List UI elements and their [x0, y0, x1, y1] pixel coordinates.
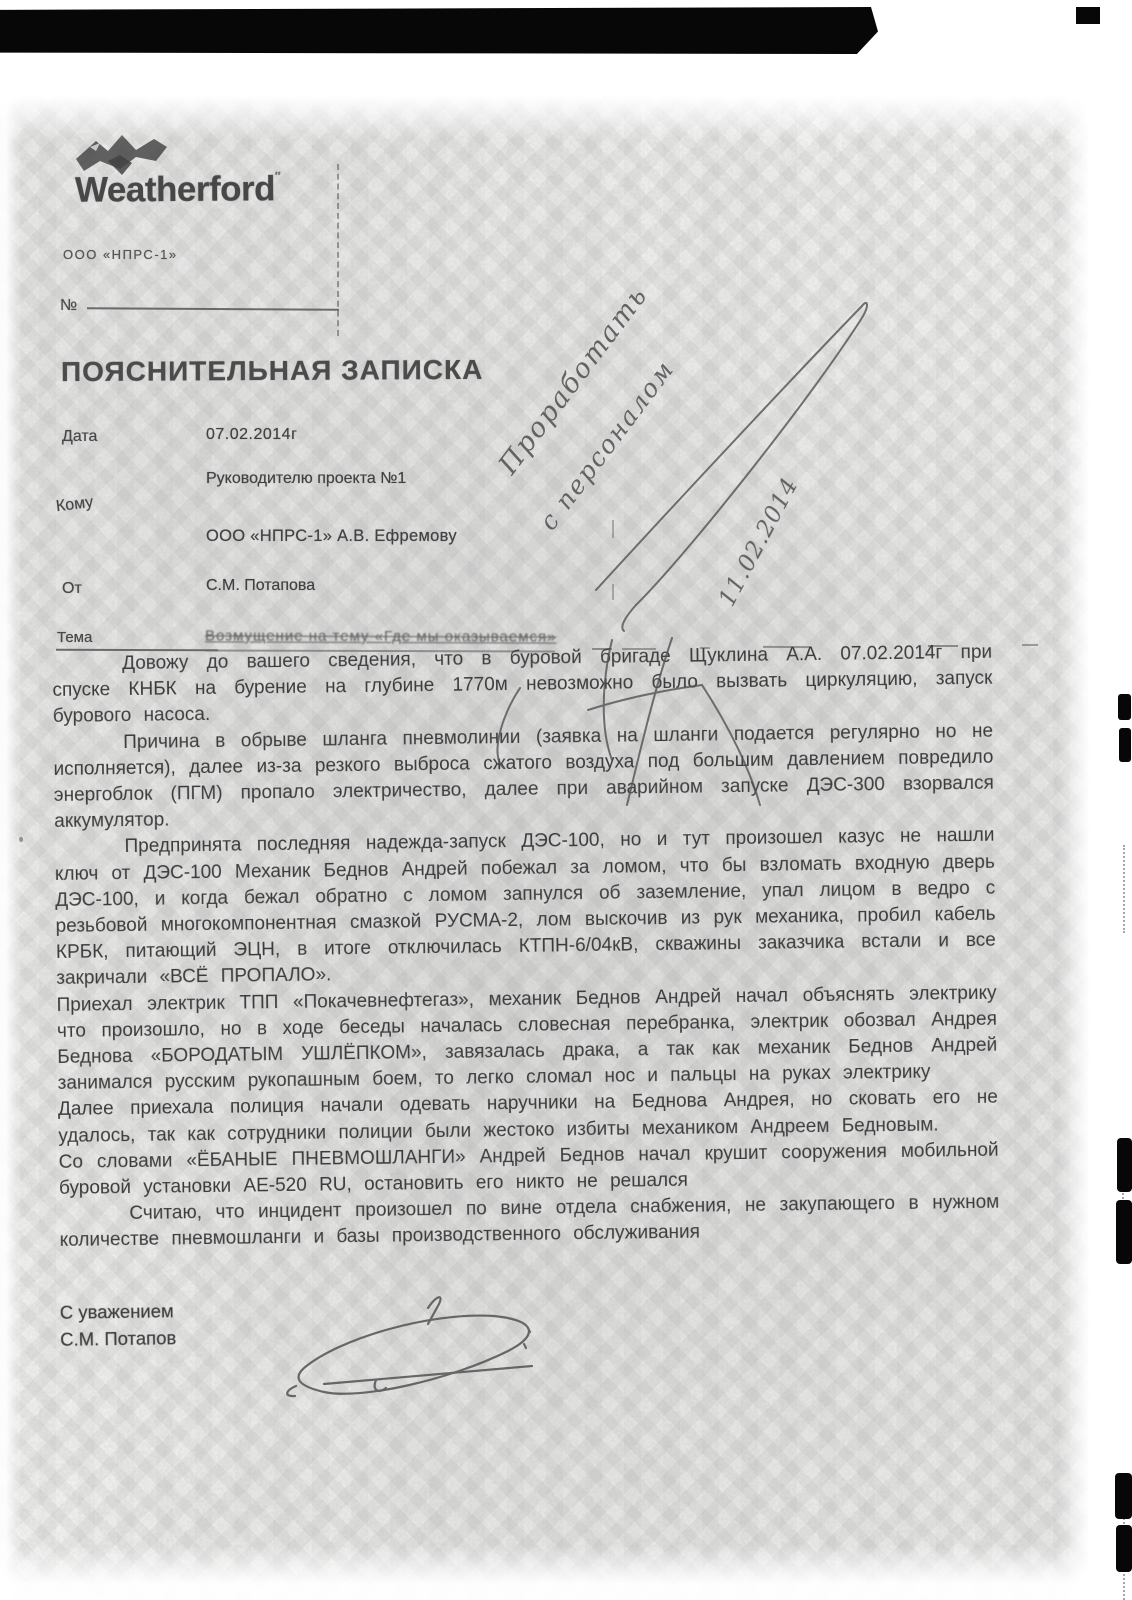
number-blank-line: [87, 293, 339, 311]
document-title: ПОЯСНИТЕЛЬНАЯ ЗАПИСКА: [61, 354, 483, 388]
resolution-line1: Проработать: [492, 280, 654, 481]
stray-mark: [19, 837, 23, 842]
scanner-artifact-right-edge: [1116, 1525, 1132, 1572]
scanner-artifact-right-edge: [1115, 1473, 1132, 1519]
to-position: Руководителю проекта №1: [206, 470, 406, 488]
stray-mark: [612, 584, 614, 600]
scanner-artifact-corner-mark: [1076, 7, 1100, 24]
to-person: ООО «НПРС-1» А.В. Ефремову: [206, 527, 457, 546]
manager-signature-strokes: [497, 303, 867, 805]
company-name: ООО «НПРС-1»: [63, 247, 178, 262]
to-label: Кому: [55, 494, 94, 516]
signoff-name: С.М. Потапов: [60, 1324, 176, 1353]
subject-label: Тема: [57, 629, 92, 646]
scanner-artifact-top-bar: [0, 7, 878, 54]
from-value: С.М. Потапова: [206, 577, 315, 595]
paragraph: Предпринята последняя надежда-запуск ДЭС…: [54, 823, 996, 993]
date-label: Дата: [62, 428, 97, 446]
fold-crease-mark: [337, 164, 339, 336]
scanner-artifact-right-edge: [1119, 728, 1131, 762]
document-number-line: №: [60, 294, 339, 315]
paragraph: Приехал электрик ТПП «Покачевнефтегаз», …: [56, 980, 997, 1097]
brand-wordmark: Weatherford″: [75, 169, 281, 210]
from-label: От: [62, 580, 82, 598]
resolution-date: 11.02.2014: [714, 473, 803, 610]
signoff-block: С уважением С.М. Потапов: [60, 1297, 177, 1353]
document-content: Weatherford″ ООО «НПРС-1» № ПОЯСНИТЕЛЬНА…: [0, 0, 1132, 1600]
scanner-artifact-right-edge: [1118, 694, 1131, 720]
signoff-regards: С уважением: [60, 1297, 176, 1326]
handwriting-text: Проработать с персоналом 11.02.2014: [492, 280, 804, 611]
date-value: 07.02.2014г: [206, 426, 297, 444]
scan-scratch-mark: [1123, 845, 1125, 933]
stray-mark: [612, 520, 614, 538]
handwritten-resolution: Проработать с персоналом 11.02.2014: [460, 258, 910, 828]
scanner-artifact-right-edge: [1117, 1138, 1132, 1192]
trademark-mark: ″: [275, 169, 280, 183]
number-label: №: [60, 297, 77, 314]
scanner-artifact-right-edge: [1116, 1200, 1132, 1264]
paragraph: Считаю, что инцидент произошел по вине о…: [59, 1190, 1000, 1255]
scanned-document-page: Weatherford″ ООО «НПРС-1» № ПОЯСНИТЕЛЬНА…: [0, 0, 1132, 1600]
author-signature: [278, 1288, 608, 1428]
subject-rule-dash: [1022, 644, 1038, 646]
